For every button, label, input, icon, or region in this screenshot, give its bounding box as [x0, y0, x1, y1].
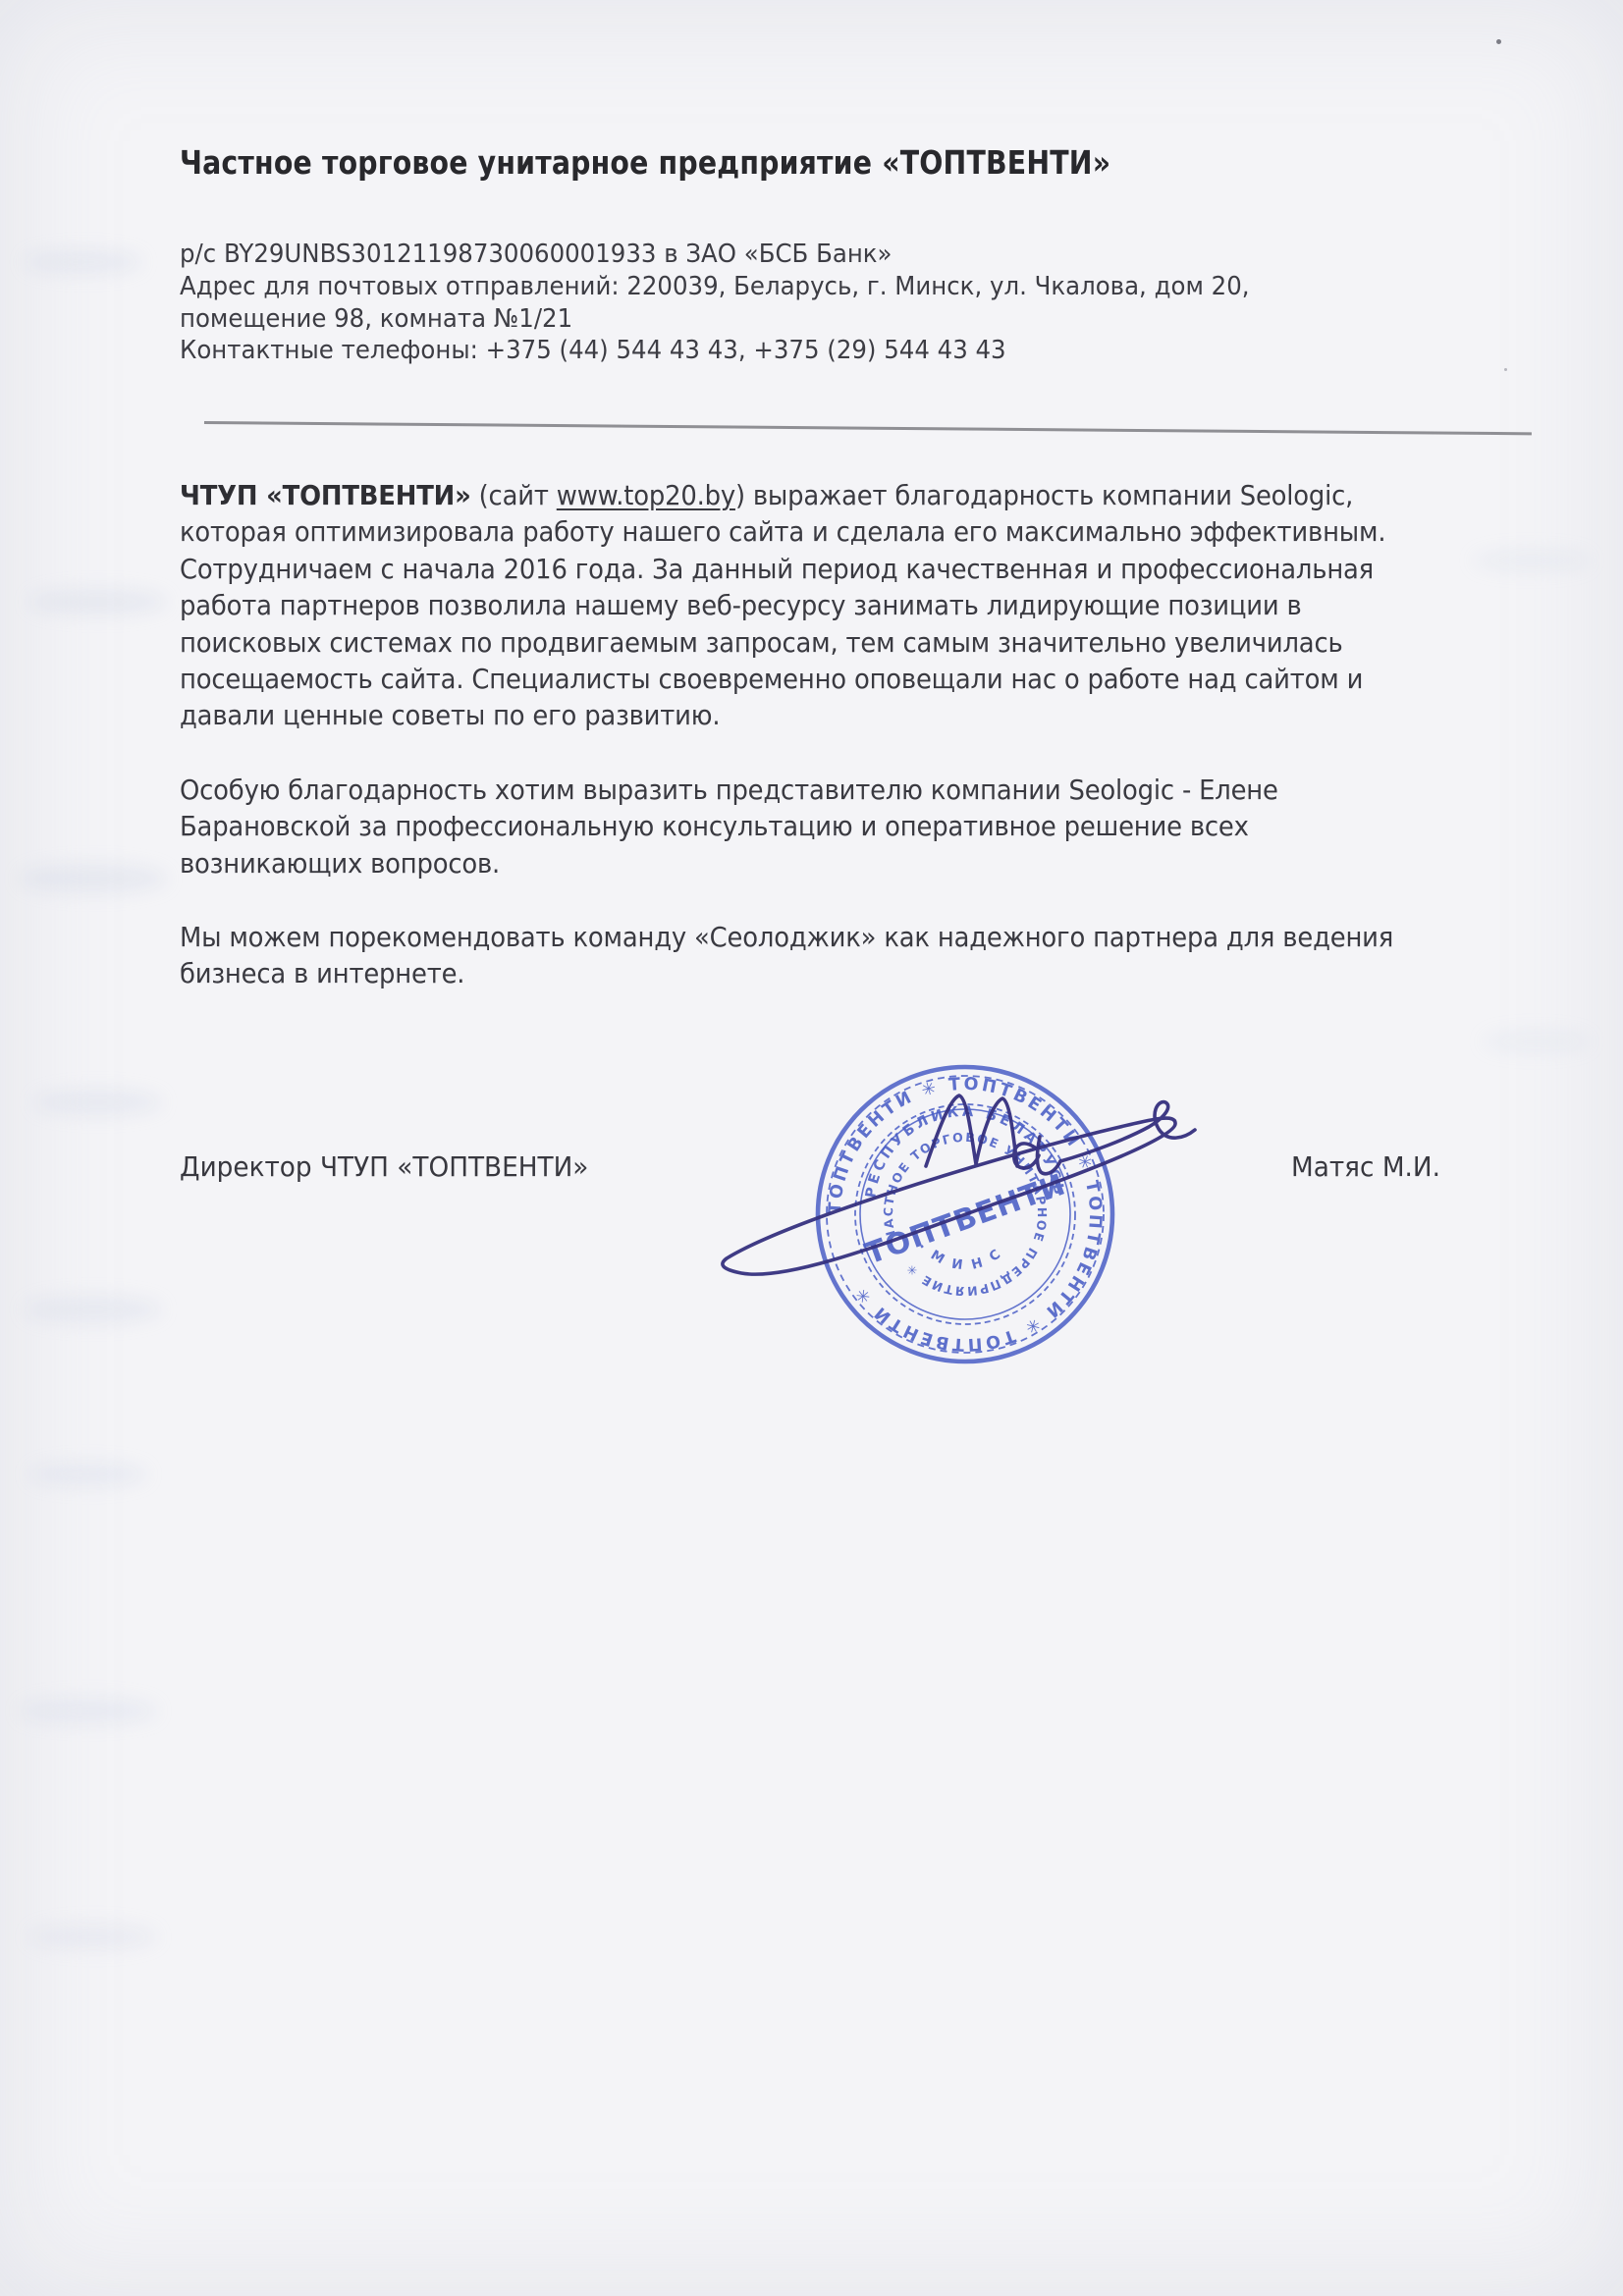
- address-line-1: Адрес для почтовых отправлений: 220039, …: [180, 271, 1250, 303]
- company-stamp: ТОПТВЕНТИ ✳ ТОПТВЕНТИ ✳ ТОПТВЕНТИ ✳ ТОПТ…: [687, 1036, 1243, 1409]
- scan-smudge: [25, 1296, 162, 1323]
- site-link: www.top20.by: [557, 480, 735, 511]
- body-line: поисковых системах по продвигаемым запро…: [180, 625, 1385, 662]
- body-line: Барановской за профессиональную консульт…: [180, 809, 1278, 845]
- scan-smudge: [34, 1090, 162, 1115]
- scanned-letter-page: Частное торговое унитарное предприятие «…: [0, 0, 1623, 2296]
- paragraph-1: ЧТУП «ТОПТВЕНТИ» (сайт www.top20.by) выр…: [180, 478, 1385, 735]
- director-label: Директор ЧТУП «ТОПТВЕНТИ»: [180, 1150, 588, 1183]
- scan-smudge: [1483, 1031, 1591, 1052]
- signature-ink: [723, 1095, 1195, 1274]
- letterhead-title: Частное торговое унитарное предприятие «…: [180, 143, 1110, 182]
- scan-smudge: [29, 589, 167, 614]
- company-name-bold: ЧТУП «ТОПТВЕНТИ»: [180, 480, 471, 511]
- site-suffix: ) выражает благодарность компании Seolog…: [735, 480, 1353, 511]
- phones-line: Контактные телефоны: +375 (44) 544 43 43…: [180, 335, 1250, 367]
- scan-speck: [1504, 368, 1507, 371]
- body-line: работа партнеров позволила нашему веб-ре…: [180, 588, 1385, 624]
- body-line: бизнеса в интернете.: [180, 956, 1393, 992]
- body-line: Сотрудничаем с начала 2016 года. За данн…: [180, 552, 1385, 588]
- body-line: Особую благодарность хотим выразить пред…: [180, 773, 1278, 809]
- scan-smudge: [20, 1698, 157, 1724]
- scan-smudge: [1473, 550, 1591, 571]
- stamp-and-signature-svg: ТОПТВЕНТИ ✳ ТОПТВЕНТИ ✳ ТОПТВЕНТИ ✳ ТОПТ…: [687, 1036, 1243, 1409]
- account-line: р/с BY29UNBS30121198730060001933 в ЗАО «…: [180, 239, 1250, 271]
- body-line: ЧТУП «ТОПТВЕНТИ» (сайт www.top20.by) выр…: [180, 478, 1385, 514]
- scan-smudge: [20, 864, 167, 893]
- body-line: которая оптимизировала работу нашего сай…: [180, 514, 1385, 551]
- paragraph-2: Особую благодарность хотим выразить пред…: [180, 773, 1278, 882]
- site-prefix: (сайт: [471, 480, 557, 511]
- letterhead-info: р/с BY29UNBS30121198730060001933 в ЗАО «…: [180, 239, 1250, 367]
- signer-name: Матяс М.И.: [1291, 1150, 1440, 1183]
- scan-speck: [1496, 39, 1501, 44]
- body-line: давали ценные советы по его развитию.: [180, 698, 1385, 734]
- scan-smudge: [25, 250, 142, 274]
- address-line-2: помещение 98, комната №1/21: [180, 303, 1250, 336]
- body-line: посещаемость сайта. Специалисты своеврем…: [180, 662, 1385, 698]
- paragraph-3: Мы можем порекомендовать команду «Сеолод…: [180, 920, 1393, 993]
- letterhead-divider: [204, 421, 1532, 435]
- scan-smudge: [29, 1463, 147, 1486]
- scan-smudge: [29, 1924, 157, 1949]
- body-line: возникающих вопросов.: [180, 846, 1278, 882]
- body-line: Мы можем порекомендовать команду «Сеолод…: [180, 920, 1393, 956]
